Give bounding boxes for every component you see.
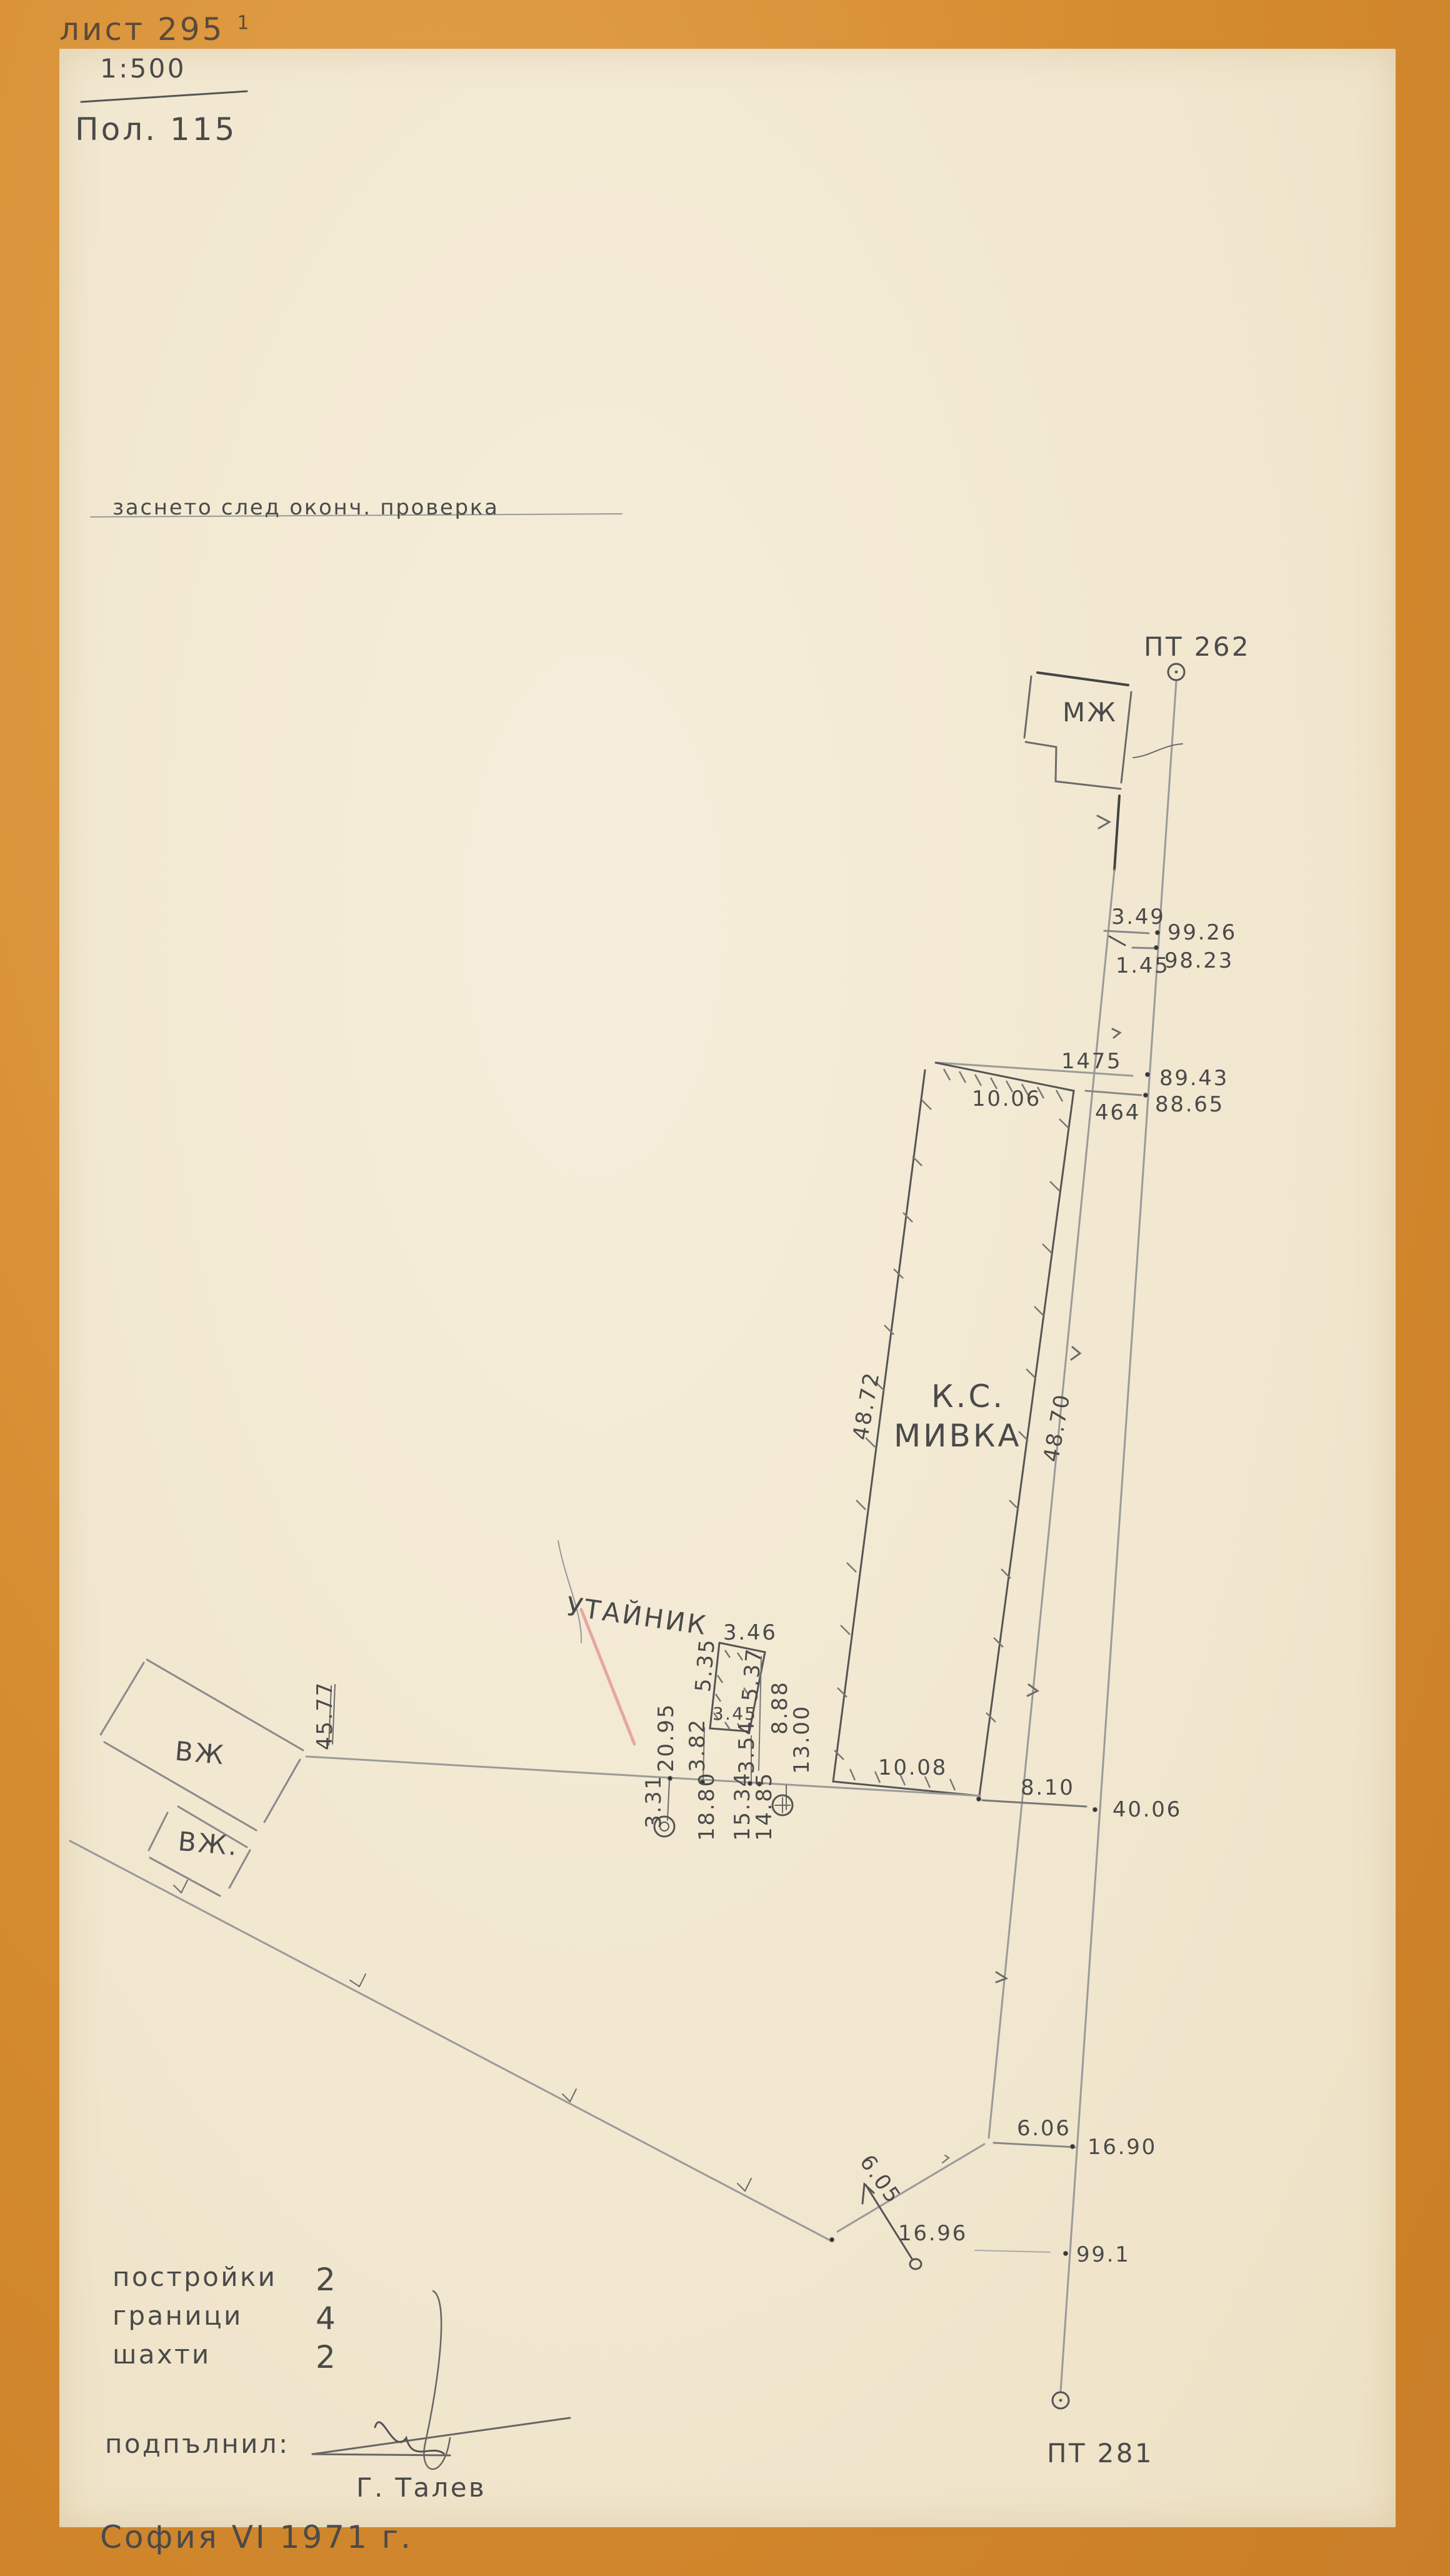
building-mzh-label: МЖ <box>1062 697 1117 728</box>
parcel-label: Пол. 115 <box>75 111 237 148</box>
summary-row: граници 4 <box>112 2300 338 2339</box>
measure-535: 5.35 <box>691 1637 720 1693</box>
measure-4006: 40.06 <box>1112 1797 1182 1822</box>
survey-point-bottom-label: ПТ 281 <box>1047 2438 1154 2468</box>
measure-1485: 14.85 <box>752 1772 777 1841</box>
measure-8943: 89.43 <box>1159 1066 1229 1091</box>
building-ks-label: К.С. <box>931 1378 1005 1415</box>
place-date: София VI 1971 г. <box>100 2519 413 2555</box>
measure-8865: 88.65 <box>1155 1092 1224 1117</box>
measure-382: 3.82 <box>685 1718 710 1772</box>
summary-label: граници <box>112 2300 316 2339</box>
measure-349: 3.49 <box>1111 905 1166 930</box>
measure-354: 3.54 <box>734 1720 759 1774</box>
summary-row: постройки 2 <box>112 2262 338 2300</box>
summary-value: 2 <box>316 2339 338 2378</box>
summary-value: 2 <box>316 2262 338 2300</box>
survey-point-top-label: ПТ 262 <box>1144 631 1251 662</box>
summary-value: 4 <box>316 2300 338 2339</box>
measure-1008: 10.08 <box>878 1755 947 1780</box>
summary-table: постройки 2 граници 4 шахти 2 <box>112 2262 338 2378</box>
measure-9926: 99.26 <box>1167 920 1237 945</box>
sheet-number: лист 295 <box>59 11 224 48</box>
measure-1006-top: 10.06 <box>972 1086 1041 1111</box>
signed-by-label: подпълнил: <box>105 2428 290 2459</box>
measure-1534: 15.34 <box>730 1772 755 1841</box>
measure-1880: 18.80 <box>694 1772 719 1841</box>
measure-1475: 1475 <box>1061 1049 1122 1074</box>
building-mivka-label: МИВКА <box>894 1418 1022 1454</box>
summary-label: шахти <box>112 2339 316 2378</box>
survey-plan-drawing <box>0 0 1450 2576</box>
measure-810: 8.10 <box>1021 1775 1075 1800</box>
measure-9823: 98.23 <box>1164 948 1234 973</box>
measure-346: 3.46 <box>723 1620 777 1645</box>
signer-name: Г. Талев <box>356 2472 486 2503</box>
measure-1300: 13.00 <box>789 1705 814 1774</box>
measure-1690: 16.90 <box>1087 2135 1157 2160</box>
building-vzh1-label: ВЖ <box>174 1736 227 1771</box>
survey-note: заснето след оконч. проверка <box>112 495 499 520</box>
scale-label: 1:500 <box>100 53 186 84</box>
measure-145: 1.45 <box>1116 953 1170 978</box>
measure-537: 5.37 <box>737 1646 767 1703</box>
summary-row: шахти 2 <box>112 2339 338 2378</box>
sheet-label: лист 295 1 <box>59 11 251 48</box>
measure-331: 3.31 <box>641 1774 666 1828</box>
summary-label: постройки <box>112 2262 316 2300</box>
measure-888: 8.88 <box>767 1680 792 1735</box>
sheet-fraction: 1 <box>237 12 251 34</box>
measure-606: 6.06 <box>1017 2116 1071 2141</box>
building-vzh2-label: ВЖ. <box>177 1826 240 1862</box>
measure-2095: 20.95 <box>654 1703 679 1772</box>
measure-1696: 16.96 <box>898 2221 967 2246</box>
boundary-line-diagonal <box>70 1841 831 2241</box>
measure-991: 99.1 <box>1076 2242 1131 2267</box>
measure-464: 464 <box>1095 1100 1141 1125</box>
measure-4577: 45.77 <box>312 1681 337 1750</box>
